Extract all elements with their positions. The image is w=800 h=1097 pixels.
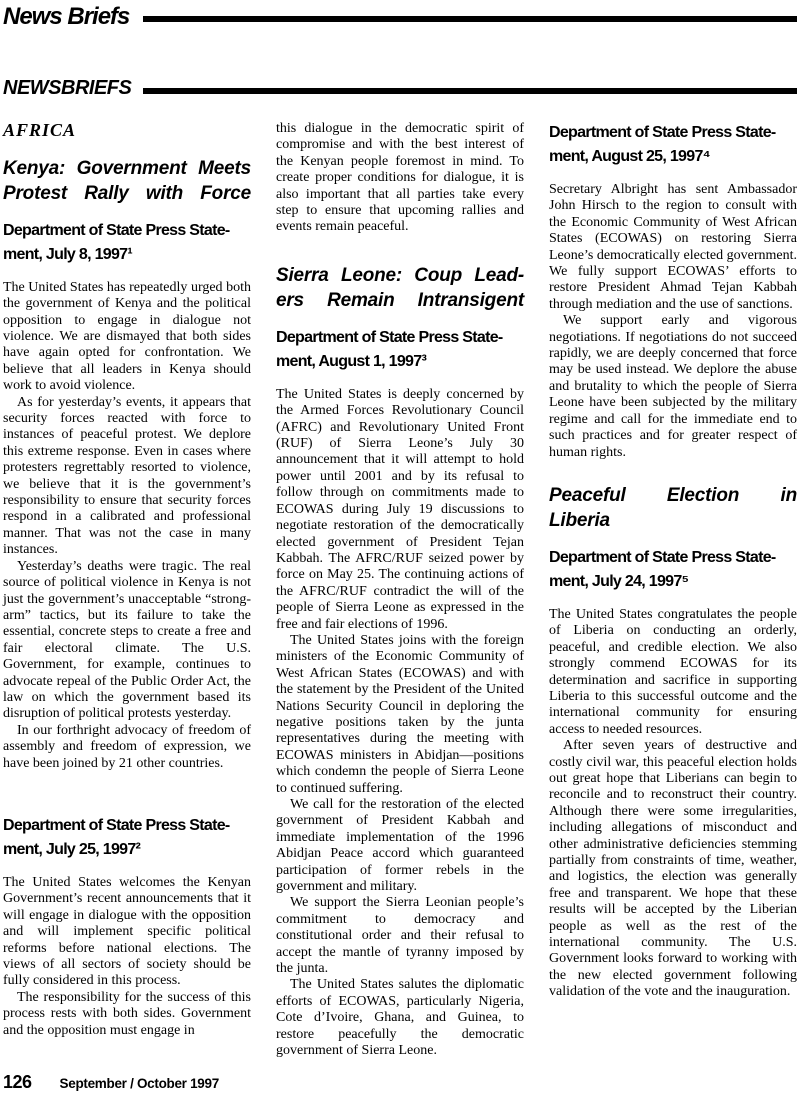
body-paragraph: The responsibility for the success of th… <box>3 990 251 1039</box>
issue-date: September / October 1997 <box>60 1076 219 1091</box>
story-headline: Sierra Leone: Coup Lead- ers Remain Intr… <box>276 263 524 313</box>
body-paragraph: After seven years of destructive and cos… <box>549 738 797 1001</box>
body-paragraph: We call for the restoration of the elect… <box>276 797 524 895</box>
section-header: NEWSBRIEFS <box>3 76 797 100</box>
page-footer: 126 September / October 1997 <box>3 1072 219 1093</box>
body-paragraph: The United States joins with the foreign… <box>276 633 524 797</box>
column-3: Department of State Press State- ment, A… <box>549 121 797 1060</box>
story-headline: Peaceful Election in Liberia <box>549 483 797 533</box>
body-paragraph: this dialogue in the democratic spirit o… <box>276 121 524 236</box>
press-statement-heading: Department of State Press State- ment, A… <box>276 326 524 374</box>
press-statement-heading: Department of State Press State- ment, J… <box>3 219 251 267</box>
body-paragraph: In our forthright advocacy of freedom of… <box>3 723 251 772</box>
masthead-title: News Briefs <box>3 5 129 29</box>
newsbriefs-page: News Briefs NEWSBRIEFS AFRICAKenya: Gove… <box>0 0 800 1097</box>
body-paragraph: The United States is deeply concerned by… <box>276 387 524 633</box>
body-paragraph: The United States salutes the diplomatic… <box>276 977 524 1059</box>
body-paragraph: The United States has repeatedly urged b… <box>3 280 251 395</box>
body-paragraph: The United States congratulates the peop… <box>549 607 797 738</box>
story-headline: Kenya: Government Meets Protest Rally wi… <box>3 156 251 206</box>
column-1: AFRICAKenya: Government Meets Protest Ra… <box>3 121 251 1060</box>
region-kicker: AFRICA <box>3 121 251 141</box>
press-statement-heading: Department of State Press State- ment, A… <box>549 121 797 169</box>
column-2: this dialogue in the democratic spirit o… <box>276 121 524 1060</box>
page-number: 126 <box>3 1072 32 1093</box>
body-paragraph: Yesterday’s deaths were tragic. The real… <box>3 559 251 723</box>
body-paragraph: As for yesterday’s events, it appears th… <box>3 395 251 559</box>
masthead: News Briefs <box>3 3 797 31</box>
article-columns: AFRICAKenya: Government Meets Protest Ra… <box>3 121 797 1060</box>
press-statement-heading: Department of State Press State- ment, J… <box>549 546 797 594</box>
body-paragraph: Secretary Albright has sent Ambassador J… <box>549 182 797 313</box>
section-title: NEWSBRIEFS <box>3 78 131 98</box>
body-paragraph: We support early and vigorous negotiatio… <box>549 313 797 461</box>
section-rule <box>143 88 797 94</box>
body-paragraph: We support the Sierra Leonian people’s c… <box>276 895 524 977</box>
press-statement-heading: Department of State Press State- ment, J… <box>3 814 251 862</box>
masthead-rule <box>143 16 797 22</box>
section-spacer <box>549 461 797 483</box>
body-paragraph: The United States welcomes the Kenyan Go… <box>3 875 251 990</box>
